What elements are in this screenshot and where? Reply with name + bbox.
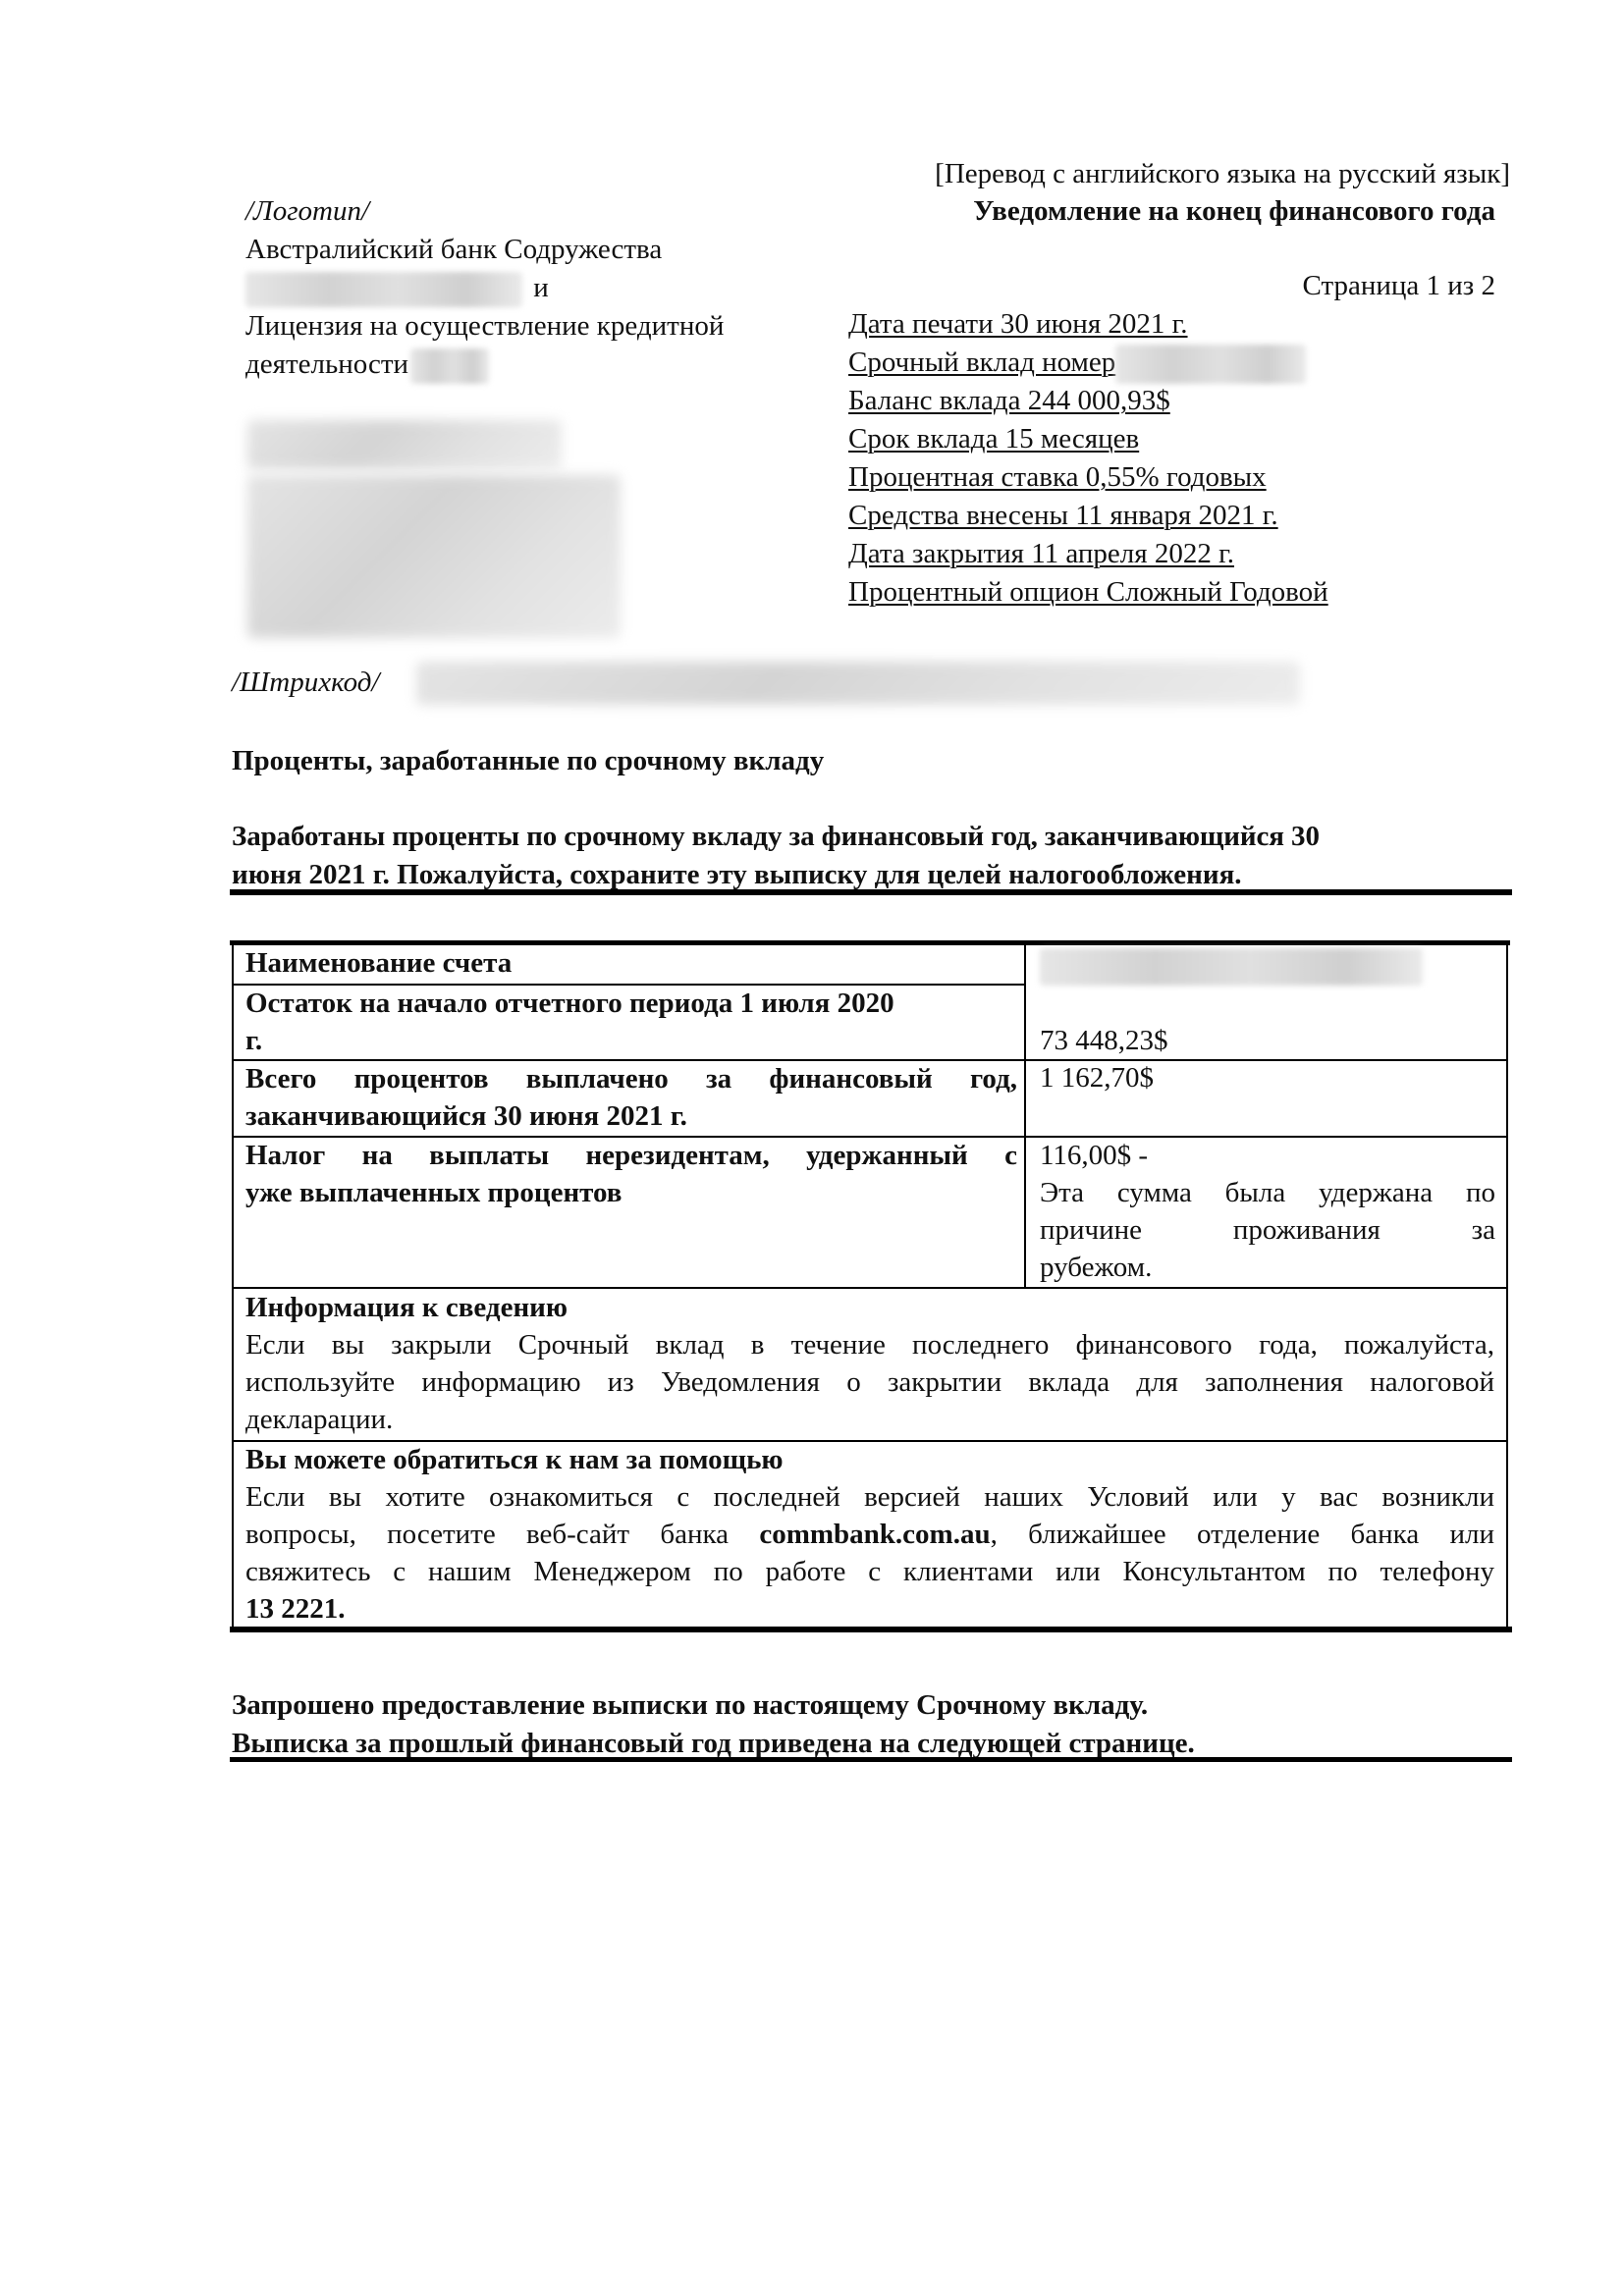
section-divider [230, 889, 1512, 895]
withholding-tax-note-2: причине проживания за [1040, 1211, 1495, 1249]
withholding-tax-label-2: уже выплаченных процентов [245, 1174, 1017, 1211]
withholding-tax-note-3: рубежом. [1040, 1249, 1495, 1286]
redacted-license-number [410, 348, 489, 384]
table-row-opening-balance: Остаток на начало отчетного периода 1 ию… [245, 985, 1017, 1059]
print-date: Дата печати 30 июня 2021 г. [848, 305, 1188, 344]
bank-and: и [533, 272, 549, 303]
help-line-2-pre: вопросы, посетите веб-сайт банка [245, 1519, 759, 1550]
help-line-2-post: , ближайшее отделение банка или [991, 1519, 1494, 1550]
logo-placeholder: /Логотип/ [245, 192, 369, 231]
withholding-tax-value-cell: 116,00$ - Эта сумма была удержана по при… [1040, 1137, 1495, 1286]
account-name-value [1040, 946, 1423, 986]
bank-website-link[interactable]: commbank.com.au [759, 1519, 990, 1550]
license-label: деятельности [245, 348, 408, 380]
total-interest-value: 1 162,70$ [1040, 1059, 1154, 1096]
footer-divider [230, 1757, 1512, 1762]
interest-rate: Процентная ставка 0,55% годовых [848, 458, 1267, 497]
bank-abn-line: и [245, 269, 549, 307]
withholding-tax-note-1: Эта сумма была удержана по [1040, 1174, 1495, 1211]
translation-note: [Перевод с английского языка на русский … [935, 155, 1510, 193]
deposit-term: Срок вклада 15 месяцев [848, 420, 1139, 458]
deposit-date: Средства внесены 11 января 2021 г. [848, 497, 1278, 535]
maturity-date: Дата закрытия 11 апреля 2022 г. [848, 535, 1234, 573]
table-row-total-interest: Всего процентов выплачено за финансовый … [245, 1060, 1017, 1135]
deposit-balance: Баланс вклада 244 000,93$ [848, 382, 1170, 420]
info-heading: Информация к сведению [245, 1289, 1494, 1326]
help-phone-number: 13 2221. [245, 1590, 1494, 1628]
withholding-tax-label-1: Налог на выплаты нерезидентам, удержанны… [245, 1137, 1017, 1174]
help-line-3: свяжитесь с нашим Менеджером по работе с… [245, 1553, 1494, 1590]
bank-name: Австралийский банк Содружества [245, 231, 662, 269]
redacted-recipient-address [247, 475, 621, 638]
footer-line-1: Запрошено предоставление выписки по наст… [232, 1686, 1148, 1725]
deposit-number-label: Срочный вклад номер [848, 347, 1115, 378]
withholding-tax-value: 116,00$ - [1040, 1137, 1495, 1174]
license-line-2: деятельности [245, 346, 489, 384]
help-heading: Вы можете обратиться к нам за помощью [245, 1441, 1494, 1478]
license-line-1: Лицензия на осуществление кредитной [245, 307, 724, 346]
redacted-recipient-name [247, 420, 562, 469]
interest-summary-table: Наименование счета Остаток на начало отч… [232, 940, 1508, 1631]
table-row-account-name: Наименование счета [245, 944, 1021, 982]
interest-option: Процентный опцион Сложный Годовой [848, 573, 1328, 612]
section-heading: Проценты, заработанные по срочному вклад… [232, 742, 824, 780]
opening-balance-label-1: Остаток на начало отчетного периода 1 ию… [245, 985, 1017, 1022]
table-right-border [1506, 940, 1508, 1631]
table-row-info: Информация к сведению Если вы закрыли Ср… [245, 1289, 1494, 1438]
opening-balance-label-2: г. [245, 1022, 1017, 1059]
total-interest-label-2: заканчивающийся 30 июня 2021 г. [245, 1097, 1017, 1135]
opening-balance-value: 73 448,23$ [1040, 1022, 1168, 1059]
section-intro-line-1: Заработаны проценты по срочному вкладу з… [232, 818, 1504, 856]
table-left-border [232, 940, 234, 1631]
info-line-3: декларации. [245, 1401, 1494, 1438]
total-interest-label-1: Всего процентов выплачено за финансовый … [245, 1060, 1017, 1097]
info-line-1: Если вы закрыли Срочный вклад в течение … [245, 1326, 1494, 1363]
info-line-2: используйте информацию из Уведомления о … [245, 1363, 1494, 1401]
table-row-help: Вы можете обратиться к нам за помощью Ес… [245, 1441, 1494, 1628]
redacted-abn [245, 272, 522, 307]
page-indicator: Страница 1 из 2 [1302, 267, 1495, 305]
help-line-1: Если вы хотите ознакомиться с последней … [245, 1478, 1494, 1516]
document-title: Уведомление на конец финансового года [973, 192, 1495, 231]
redacted-account-name [1040, 948, 1423, 986]
redacted-barcode [416, 662, 1300, 705]
table-row-withholding-tax: Налог на выплаты нерезидентам, удержанны… [245, 1137, 1017, 1211]
barcode-placeholder: /Штрихкод/ [232, 664, 379, 702]
redacted-deposit-number [1115, 345, 1306, 384]
deposit-number-line: Срочный вклад номер [848, 344, 1306, 384]
table-column-divider [1024, 940, 1026, 1288]
help-line-2: вопросы, посетите веб-сайт банка commban… [245, 1516, 1494, 1553]
account-name-label: Наименование счета [245, 944, 1021, 982]
